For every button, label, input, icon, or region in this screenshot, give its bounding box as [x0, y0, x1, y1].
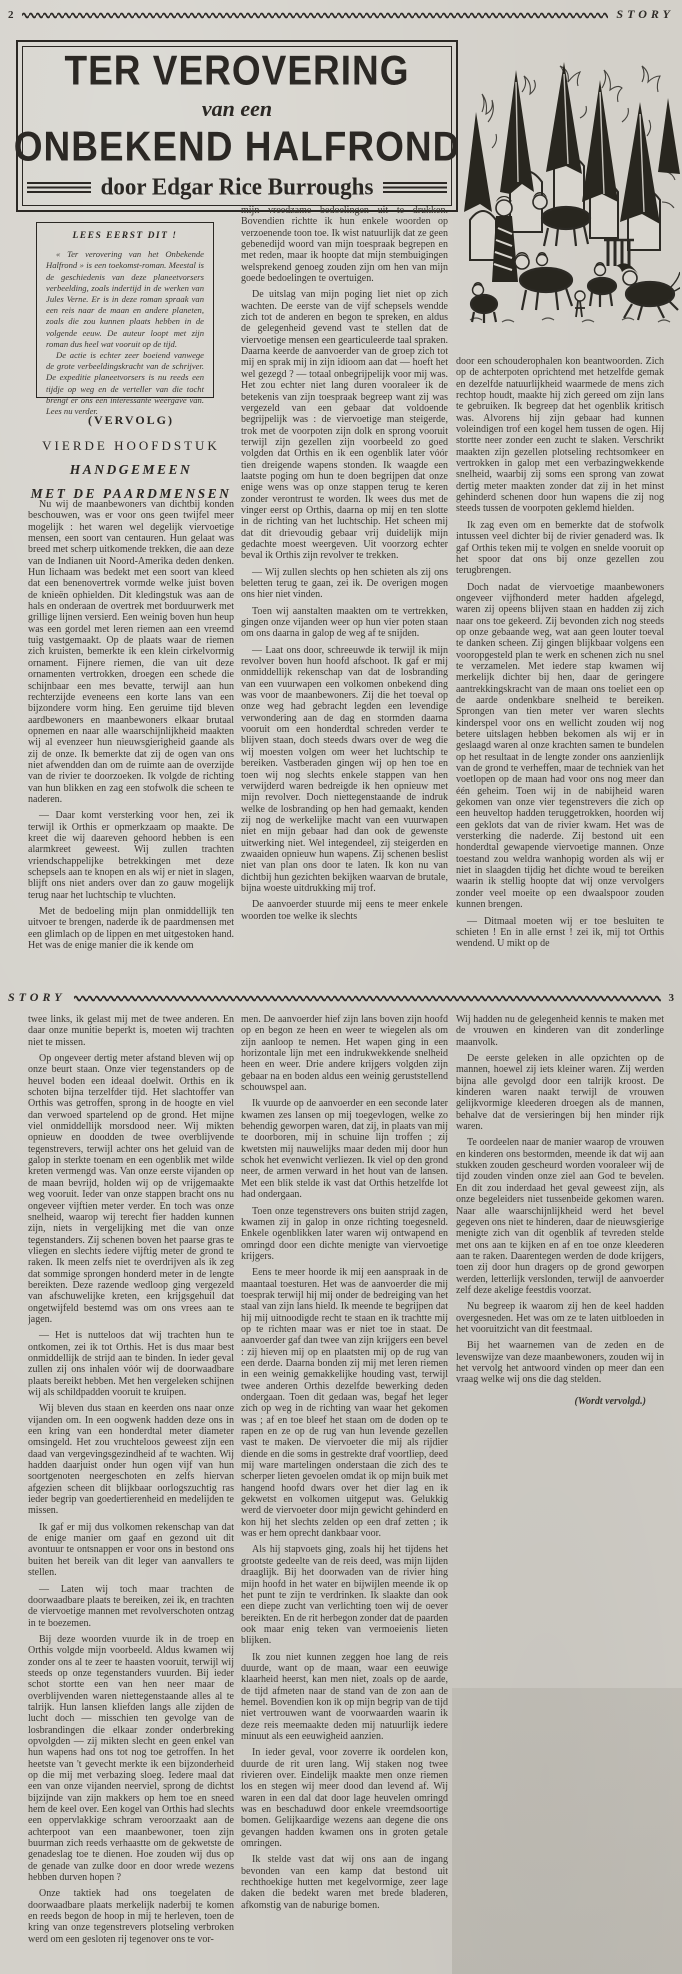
- paragraph: — Het is nutteloos dat wij trachten hun …: [28, 1330, 234, 1398]
- paragraph: — Laat ons door, schreeuwde ik terwijl i…: [241, 645, 448, 895]
- paragraph: mijn vreedzame bedoelingen uit te drukke…: [241, 205, 448, 284]
- column-top-middle: mijn vreedzame bedoelingen uit te drukke…: [241, 205, 448, 981]
- paragraph: Toen onze tegenstrevers ons buiten strij…: [241, 1206, 448, 1263]
- paragraph: Als hij stapvoets ging, zoals hij het ti…: [241, 1544, 448, 1646]
- paragraph: — Laten wij toch maar trachten de doorwa…: [28, 1584, 234, 1629]
- story-title-box: TER VEROVERING van een ONBEKEND HALFROND…: [16, 40, 458, 212]
- column-bottom-left: twee links, ik gelast mij met de twee an…: [28, 1014, 234, 1966]
- page-number: 2: [8, 9, 14, 21]
- paragraph: — Ditmaal moeten wij er toe besluiten te…: [456, 916, 664, 950]
- magazine-title: STORY: [616, 7, 674, 22]
- paragraph: De eerste geleken in alle opzichten op d…: [456, 1053, 664, 1132]
- wavy-rule: [74, 994, 661, 1002]
- paragraph: « Ter verovering van het Onbekende Halfr…: [46, 249, 204, 350]
- paragraph: Nu wij de maanbewoners van dichtbij kond…: [28, 499, 234, 805]
- paragraph: Wij hadden nu de gelegenheid kennis te m…: [456, 1014, 664, 1048]
- chapter-title-line1: HANDGEMEEN: [28, 462, 234, 478]
- paragraph: In ieder geval, voor zoverre ik oordelen…: [241, 1747, 448, 1849]
- paragraph: De aanvoerder stuurde mij eens te meer e…: [241, 899, 448, 922]
- magazine-title: STORY: [8, 990, 66, 1005]
- scan-shadow-artifact: [452, 1688, 682, 1974]
- paragraph: Ik zou niet kunnen zeggen hoe lang de re…: [241, 1652, 448, 1743]
- story-illustration: [462, 52, 680, 324]
- story-title-box-inner: TER VEROVERING van een ONBEKEND HALFROND…: [22, 46, 452, 206]
- page-divider: STORY 3: [8, 990, 674, 1005]
- triple-bars-decoration-icon: [383, 182, 447, 193]
- paragraph: Ik gaf er mij dus volkomen rekenschap va…: [28, 1522, 234, 1579]
- paragraph: Eens te meer hoorde ik mij een aanspraak…: [241, 1267, 448, 1539]
- paragraph: Nu begreep ik waarom zij hen de keel had…: [456, 1301, 664, 1335]
- magazine-page: 2 STORY TER VEROVERING van een ONBEKEND …: [0, 0, 682, 1974]
- story-title-line1: TER VEROVERING: [65, 50, 410, 91]
- paragraph: Op ongeveer dertig meter afstand bleven …: [28, 1053, 234, 1325]
- paragraph: — Wij zullen slechts op hen schieten als…: [241, 567, 448, 601]
- page-number: 3: [669, 992, 675, 1004]
- chapter-continuation-label: (VERVOLG): [28, 413, 234, 428]
- read-first-box: LEES EERST DIT ! « Ter verovering van he…: [36, 222, 214, 398]
- paragraph: Ik vuurde op de aanvoerder en een second…: [241, 1098, 448, 1200]
- story-subtitle: van een: [202, 96, 272, 122]
- paragraph: door een schouderophalen kon beantwoorde…: [456, 356, 664, 515]
- paragraph: Bij deze woorden vuurde ik in de troep e…: [28, 1634, 234, 1884]
- byline-row: door Edgar Rice Burroughs: [27, 174, 448, 200]
- read-first-heading: LEES EERST DIT !: [46, 231, 204, 242]
- paragraph: Wij bleven dus staan en keerden ons naar…: [28, 1403, 234, 1516]
- page-header: 2 STORY: [8, 7, 674, 22]
- author-byline: door Edgar Rice Burroughs: [101, 173, 374, 200]
- paragraph: twee links, ik gelast mij met de twee an…: [28, 1014, 234, 1048]
- paragraph: Ik zag even om en bemerkte dat de stofwo…: [456, 520, 664, 577]
- column-bottom-middle: men. De aanvoerder hief zijn lans boven …: [241, 1014, 448, 1966]
- read-first-text: « Ter verovering van het Onbekende Halfr…: [46, 249, 204, 417]
- paragraph: men. De aanvoerder hief zijn lans boven …: [241, 1014, 448, 1093]
- paragraph: Met de bedoeling mijn plan onmiddellijk …: [28, 906, 234, 951]
- chapter-number: VIERDE HOOFDSTUK: [28, 438, 234, 454]
- paragraph: Te oordeelen naar de manier waarop de vr…: [456, 1137, 664, 1296]
- paragraph: Bij het waarnemen van de zeden en de lev…: [456, 1340, 664, 1385]
- paragraph: De actie is echter zeer boeiend vanwege …: [46, 350, 204, 417]
- triple-bars-decoration-icon: [27, 182, 91, 193]
- column-top-right: door een schouderophalen kon beantwoorde…: [456, 356, 664, 981]
- paragraph: De uitslag van mijn poging liet niet op …: [241, 289, 448, 561]
- story-title-line2: ONBEKEND HALFROND: [14, 126, 461, 167]
- paragraph: Toen wij aanstalten maakten om te vertre…: [241, 606, 448, 640]
- paragraph: — Daar komt versterking voor hen, zei ik…: [28, 810, 234, 901]
- to-be-continued-note: (Wordt vervolgd.): [456, 1396, 664, 1407]
- paragraph: Doch nadat de viervoetige maanbewoners o…: [456, 582, 664, 911]
- wavy-rule: [22, 11, 609, 19]
- chapter-heading: (VERVOLG) VIERDE HOOFDSTUK HANDGEMEEN ME…: [28, 413, 234, 502]
- paragraph: Onze taktiek had ons toegelaten de doorw…: [28, 1888, 234, 1945]
- paragraph: Ik stelde vast dat wij ons aan de ingang…: [241, 1854, 448, 1911]
- column-top-left: Nu wij de maanbewoners van dichtbij kond…: [28, 499, 234, 981]
